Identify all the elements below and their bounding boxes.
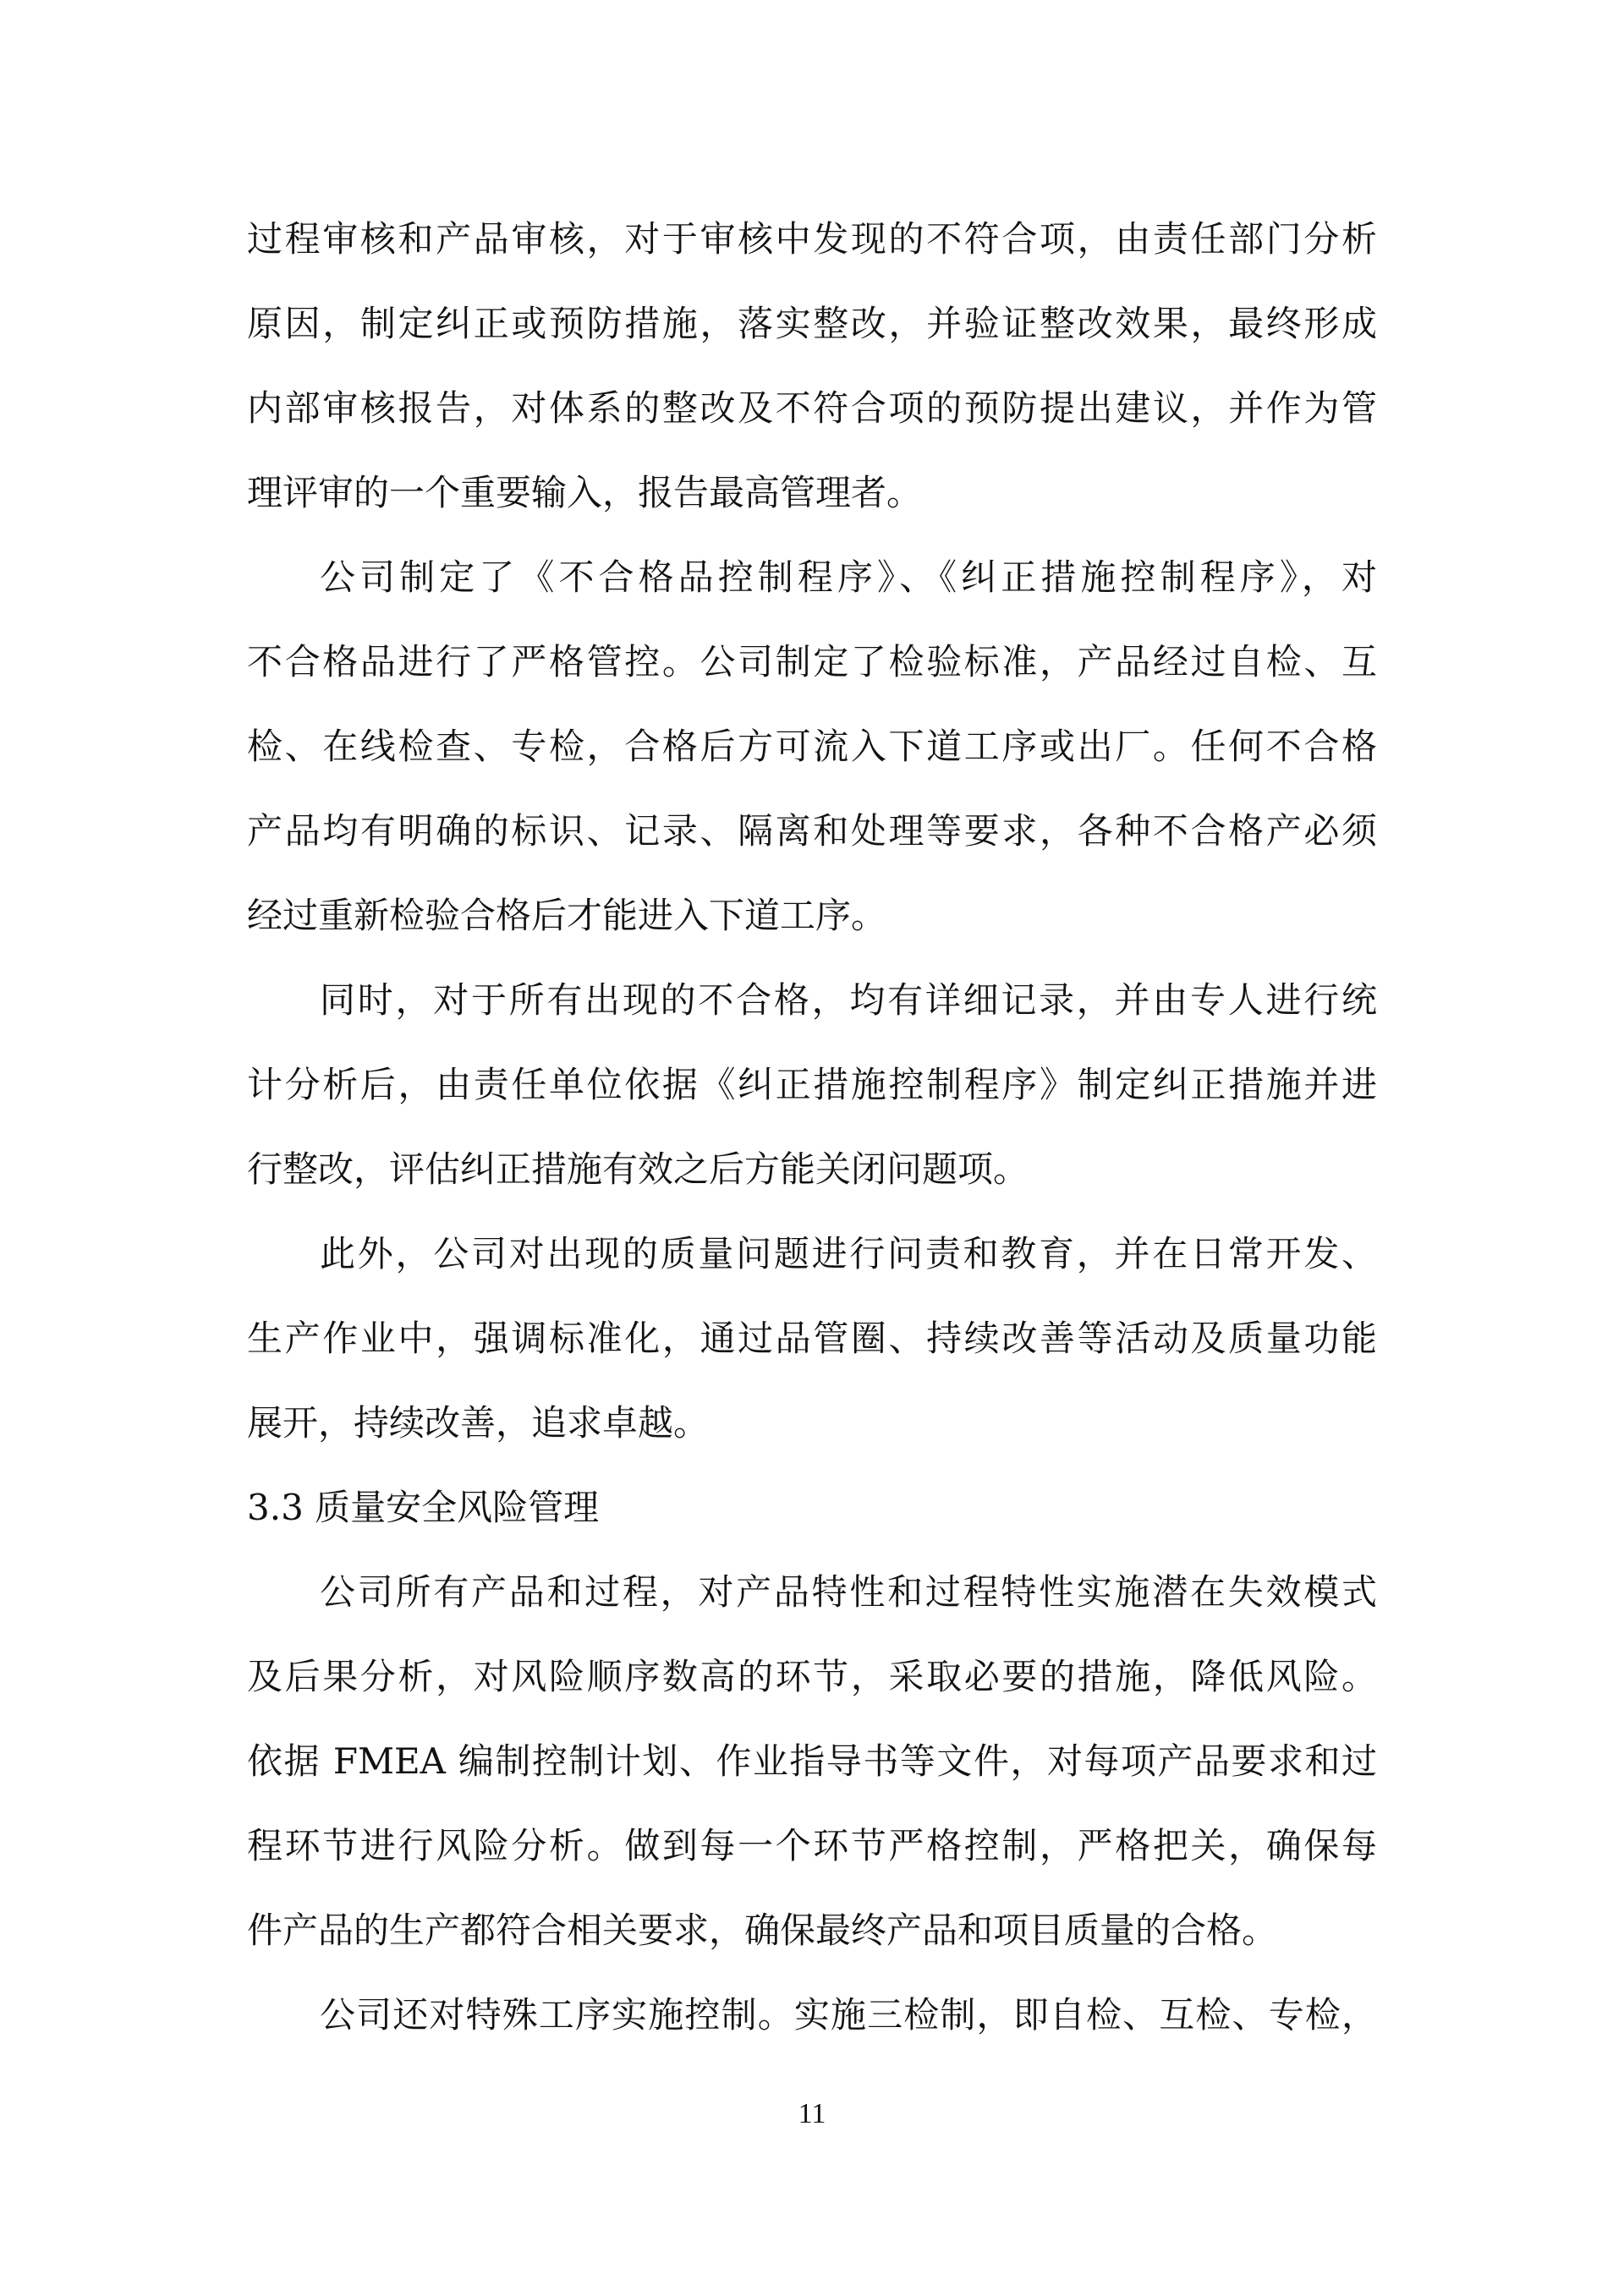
text-line: 公司所有产品和过程，对产品特性和过程特性实施潜在失效模式 <box>247 1563 1377 1647</box>
text-line: 此外，公司对出现的质量问题进行问责和教育，并在日常开发、 <box>247 1225 1377 1309</box>
text-line: 件产品的生产都符合相关要求，确保最终产品和项目质量的合格。 <box>247 1901 1377 1986</box>
text-line: 理评审的一个重要输入，报告最高管理者。 <box>247 463 1377 548</box>
text-line: 内部审核报告，对体系的整改及不符合项的预防提出建议，并作为管 <box>247 379 1377 463</box>
body-text: 过程审核和产品审核，对于审核中发现的不符合项，由责任部门分析 原因，制定纠正或预… <box>247 210 1377 2070</box>
paragraph-fmea: 公司所有产品和过程，对产品特性和过程特性实施潜在失效模式 及后果分析，对风险顺序… <box>247 1563 1377 1986</box>
text-line: 不合格品进行了严格管控。公司制定了检验标准，产品经过自检、互 <box>247 633 1377 717</box>
text-line: 过程审核和产品审核，对于审核中发现的不符合项，由责任部门分析 <box>247 210 1377 294</box>
text-line: 程环节进行风险分析。做到每一个环节严格控制，严格把关，确保每 <box>247 1817 1377 1901</box>
text-line: 行整改，评估纠正措施有效之后方能关闭问题项。 <box>247 1140 1377 1225</box>
text-line: 产品均有明确的标识、记录、隔离和处理等要求，各种不合格产必须 <box>247 802 1377 886</box>
paragraph-internal-audit: 过程审核和产品审核，对于审核中发现的不符合项，由责任部门分析 原因，制定纠正或预… <box>247 210 1377 548</box>
text-line: 依据 FMEA 编制控制计划、作业指导书等文件，对每项产品要求和过 <box>247 1732 1377 1817</box>
document-page: 过程审核和产品审核，对于审核中发现的不符合项，由责任部门分析 原因，制定纠正或预… <box>0 0 1624 2296</box>
text-line: 计分析后，由责任单位依据《纠正措施控制程序》制定纠正措施并进 <box>247 1055 1377 1140</box>
paragraph-special-process: 公司还对特殊工序实施控制。实施三检制，即自检、互检、专检， <box>247 1986 1377 2070</box>
text-line: 生产作业中，强调标准化，通过品管圈、持续改善等活动及质量功能 <box>247 1309 1377 1394</box>
paragraph-records-analysis: 同时，对于所有出现的不合格，均有详细记录，并由专人进行统 计分析后，由责任单位依… <box>247 971 1377 1225</box>
text-line: 原因，制定纠正或预防措施，落实整改，并验证整改效果，最终形成 <box>247 294 1377 379</box>
text-line: 检、在线检查、专检，合格后方可流入下道工序或出厂。任何不合格 <box>247 717 1377 802</box>
text-line: 公司制定了《不合格品控制程序》、《纠正措施控制程序》，对 <box>247 548 1377 633</box>
page-number: 11 <box>0 2097 1624 2131</box>
text-line: 同时，对于所有出现的不合格，均有详细记录，并由专人进行统 <box>247 971 1377 1055</box>
text-line: 公司还对特殊工序实施控制。实施三检制，即自检、互检、专检， <box>247 1986 1377 2070</box>
text-line: 及后果分析，对风险顺序数高的环节，采取必要的措施，降低风险。 <box>247 1647 1377 1732</box>
paragraph-nonconforming-control: 公司制定了《不合格品控制程序》、《纠正措施控制程序》，对 不合格品进行了严格管控… <box>247 548 1377 971</box>
section-heading: 3.3 质量安全风险管理 <box>247 1478 1377 1563</box>
text-line: 经过重新检验合格后才能进入下道工序。 <box>247 886 1377 971</box>
text-line: 展开，持续改善，追求卓越。 <box>247 1394 1377 1478</box>
paragraph-accountability: 此外，公司对出现的质量问题进行问责和教育，并在日常开发、 生产作业中，强调标准化… <box>247 1225 1377 1478</box>
